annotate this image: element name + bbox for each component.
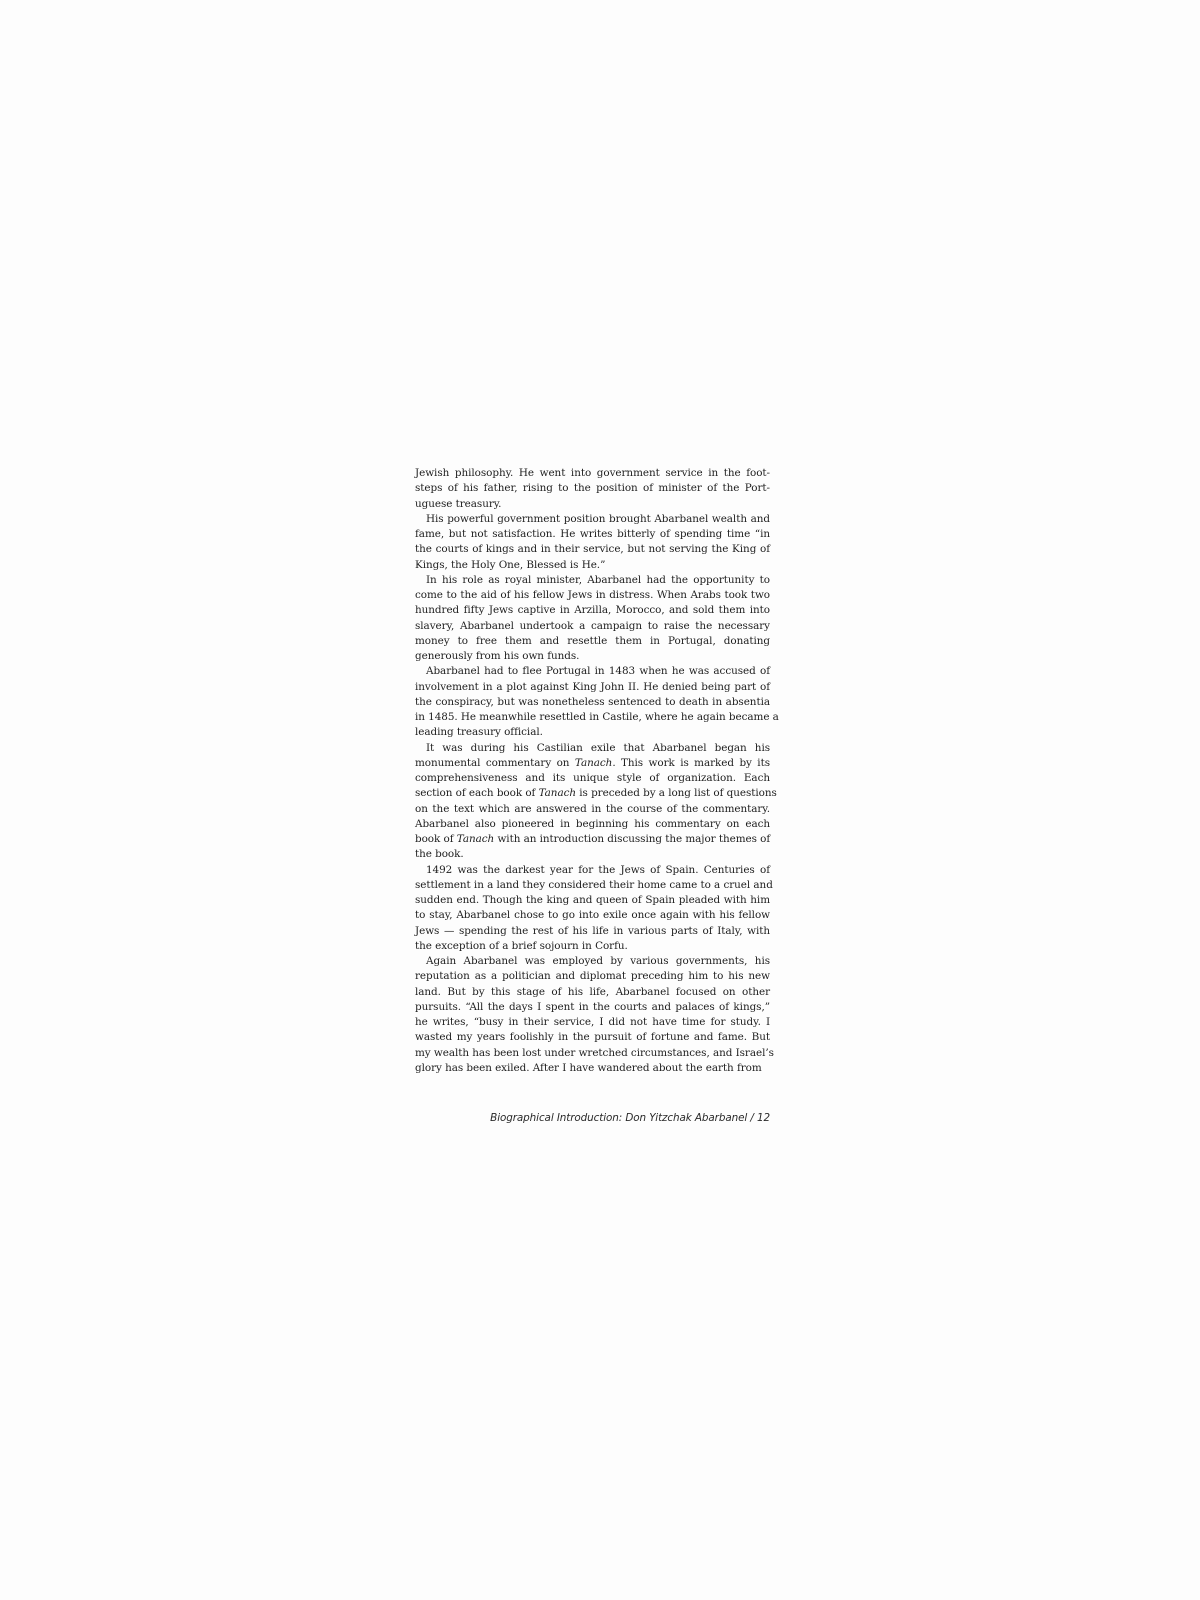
text-line: book of Tanach with an introduction disc… xyxy=(404,832,770,847)
text-line: he writes, “busy in their service, I did… xyxy=(404,1015,770,1030)
page-number: 12 xyxy=(757,1112,770,1124)
text-line: wasted my years foolishly in the pursuit… xyxy=(404,1030,770,1045)
paragraph: It was during his Castilian exile that A… xyxy=(404,741,770,863)
paragraph: His powerful government position brought… xyxy=(404,512,770,573)
text-line: section of each book of Tanach is preced… xyxy=(404,786,770,801)
text-line: glory has been exiled. After I have wand… xyxy=(404,1061,770,1076)
italic-term: Tanach xyxy=(457,833,494,845)
footer-running-title: Biographical Introduction: Don Yitzchak … xyxy=(490,1112,747,1124)
text-line: hundred fifty Jews captive in Arzilla, M… xyxy=(404,603,770,618)
italic-term: Tanach xyxy=(539,787,576,799)
text-line: Kings, the Holy One, Blessed is He.” xyxy=(404,558,770,573)
text-line: pursuits. “All the days I spent in the c… xyxy=(404,1000,770,1015)
text-line: the book. xyxy=(404,847,770,862)
text-line: Jews — spending the rest of his life in … xyxy=(404,924,770,939)
paragraph: Again Abarbanel was employed by various … xyxy=(404,954,770,1076)
text-line: money to free them and resettle them in … xyxy=(404,634,770,649)
text-line: on the text which are answered in the co… xyxy=(404,802,770,817)
text-line: involvement in a plot against King John … xyxy=(404,680,770,695)
paragraph: In his role as royal minister, Abarbanel… xyxy=(404,573,770,665)
text-line: the courts of kings and in their service… xyxy=(404,542,770,557)
text-line: reputation as a politician and diplomat … xyxy=(404,969,770,984)
paragraph: Abarbanel had to flee Portugal in 1483 w… xyxy=(404,664,770,740)
text-line: comprehensiveness and its unique style o… xyxy=(404,771,770,786)
text-line: my wealth has been lost under wretched c… xyxy=(404,1046,770,1061)
text-line: 1492 was the darkest year for the Jews o… xyxy=(404,863,770,878)
italic-term: Tanach xyxy=(575,757,612,769)
text-line: land. But by this stage of his life, Aba… xyxy=(404,985,770,1000)
text-line: in 1485. He meanwhile resettled in Casti… xyxy=(404,710,770,725)
text-line: It was during his Castilian exile that A… xyxy=(404,741,770,756)
text-line: In his role as royal minister, Abarbanel… xyxy=(404,573,770,588)
page-body: Jewish philosophy. He went into governme… xyxy=(404,466,770,1076)
text-line: generously from his own funds. xyxy=(404,649,770,664)
text-line: sudden end. Though the king and queen of… xyxy=(404,893,770,908)
running-footer: Biographical Introduction: Don Yitzchak … xyxy=(404,1112,770,1124)
text-line: come to the aid of his fellow Jews in di… xyxy=(404,588,770,603)
text-line: to stay, Abarbanel chose to go into exil… xyxy=(404,908,770,923)
text-line: Abarbanel also pioneered in beginning hi… xyxy=(404,817,770,832)
text-line: His powerful government position brought… xyxy=(404,512,770,527)
text-line: slavery, Abarbanel undertook a campaign … xyxy=(404,619,770,634)
text-line: leading treasury official. xyxy=(404,725,770,740)
text-line: fame, but not satisfaction. He writes bi… xyxy=(404,527,770,542)
text-line: monumental commentary on Tanach. This wo… xyxy=(404,756,770,771)
text-line: Jewish philosophy. He went into governme… xyxy=(404,466,770,481)
footer-separator: / xyxy=(750,1112,753,1124)
text-line: settlement in a land they considered the… xyxy=(404,878,770,893)
text-line: the conspiracy, but was nonetheless sent… xyxy=(404,695,770,710)
text-line: Abarbanel had to flee Portugal in 1483 w… xyxy=(404,664,770,679)
paragraph: Jewish philosophy. He went into governme… xyxy=(404,466,770,512)
text-line: steps of his father, rising to the posit… xyxy=(404,481,770,496)
text-line: Again Abarbanel was employed by various … xyxy=(404,954,770,969)
text-line: uguese treasury. xyxy=(404,497,770,512)
text-line: the exception of a brief sojourn in Corf… xyxy=(404,939,770,954)
paragraph: 1492 was the darkest year for the Jews o… xyxy=(404,863,770,955)
